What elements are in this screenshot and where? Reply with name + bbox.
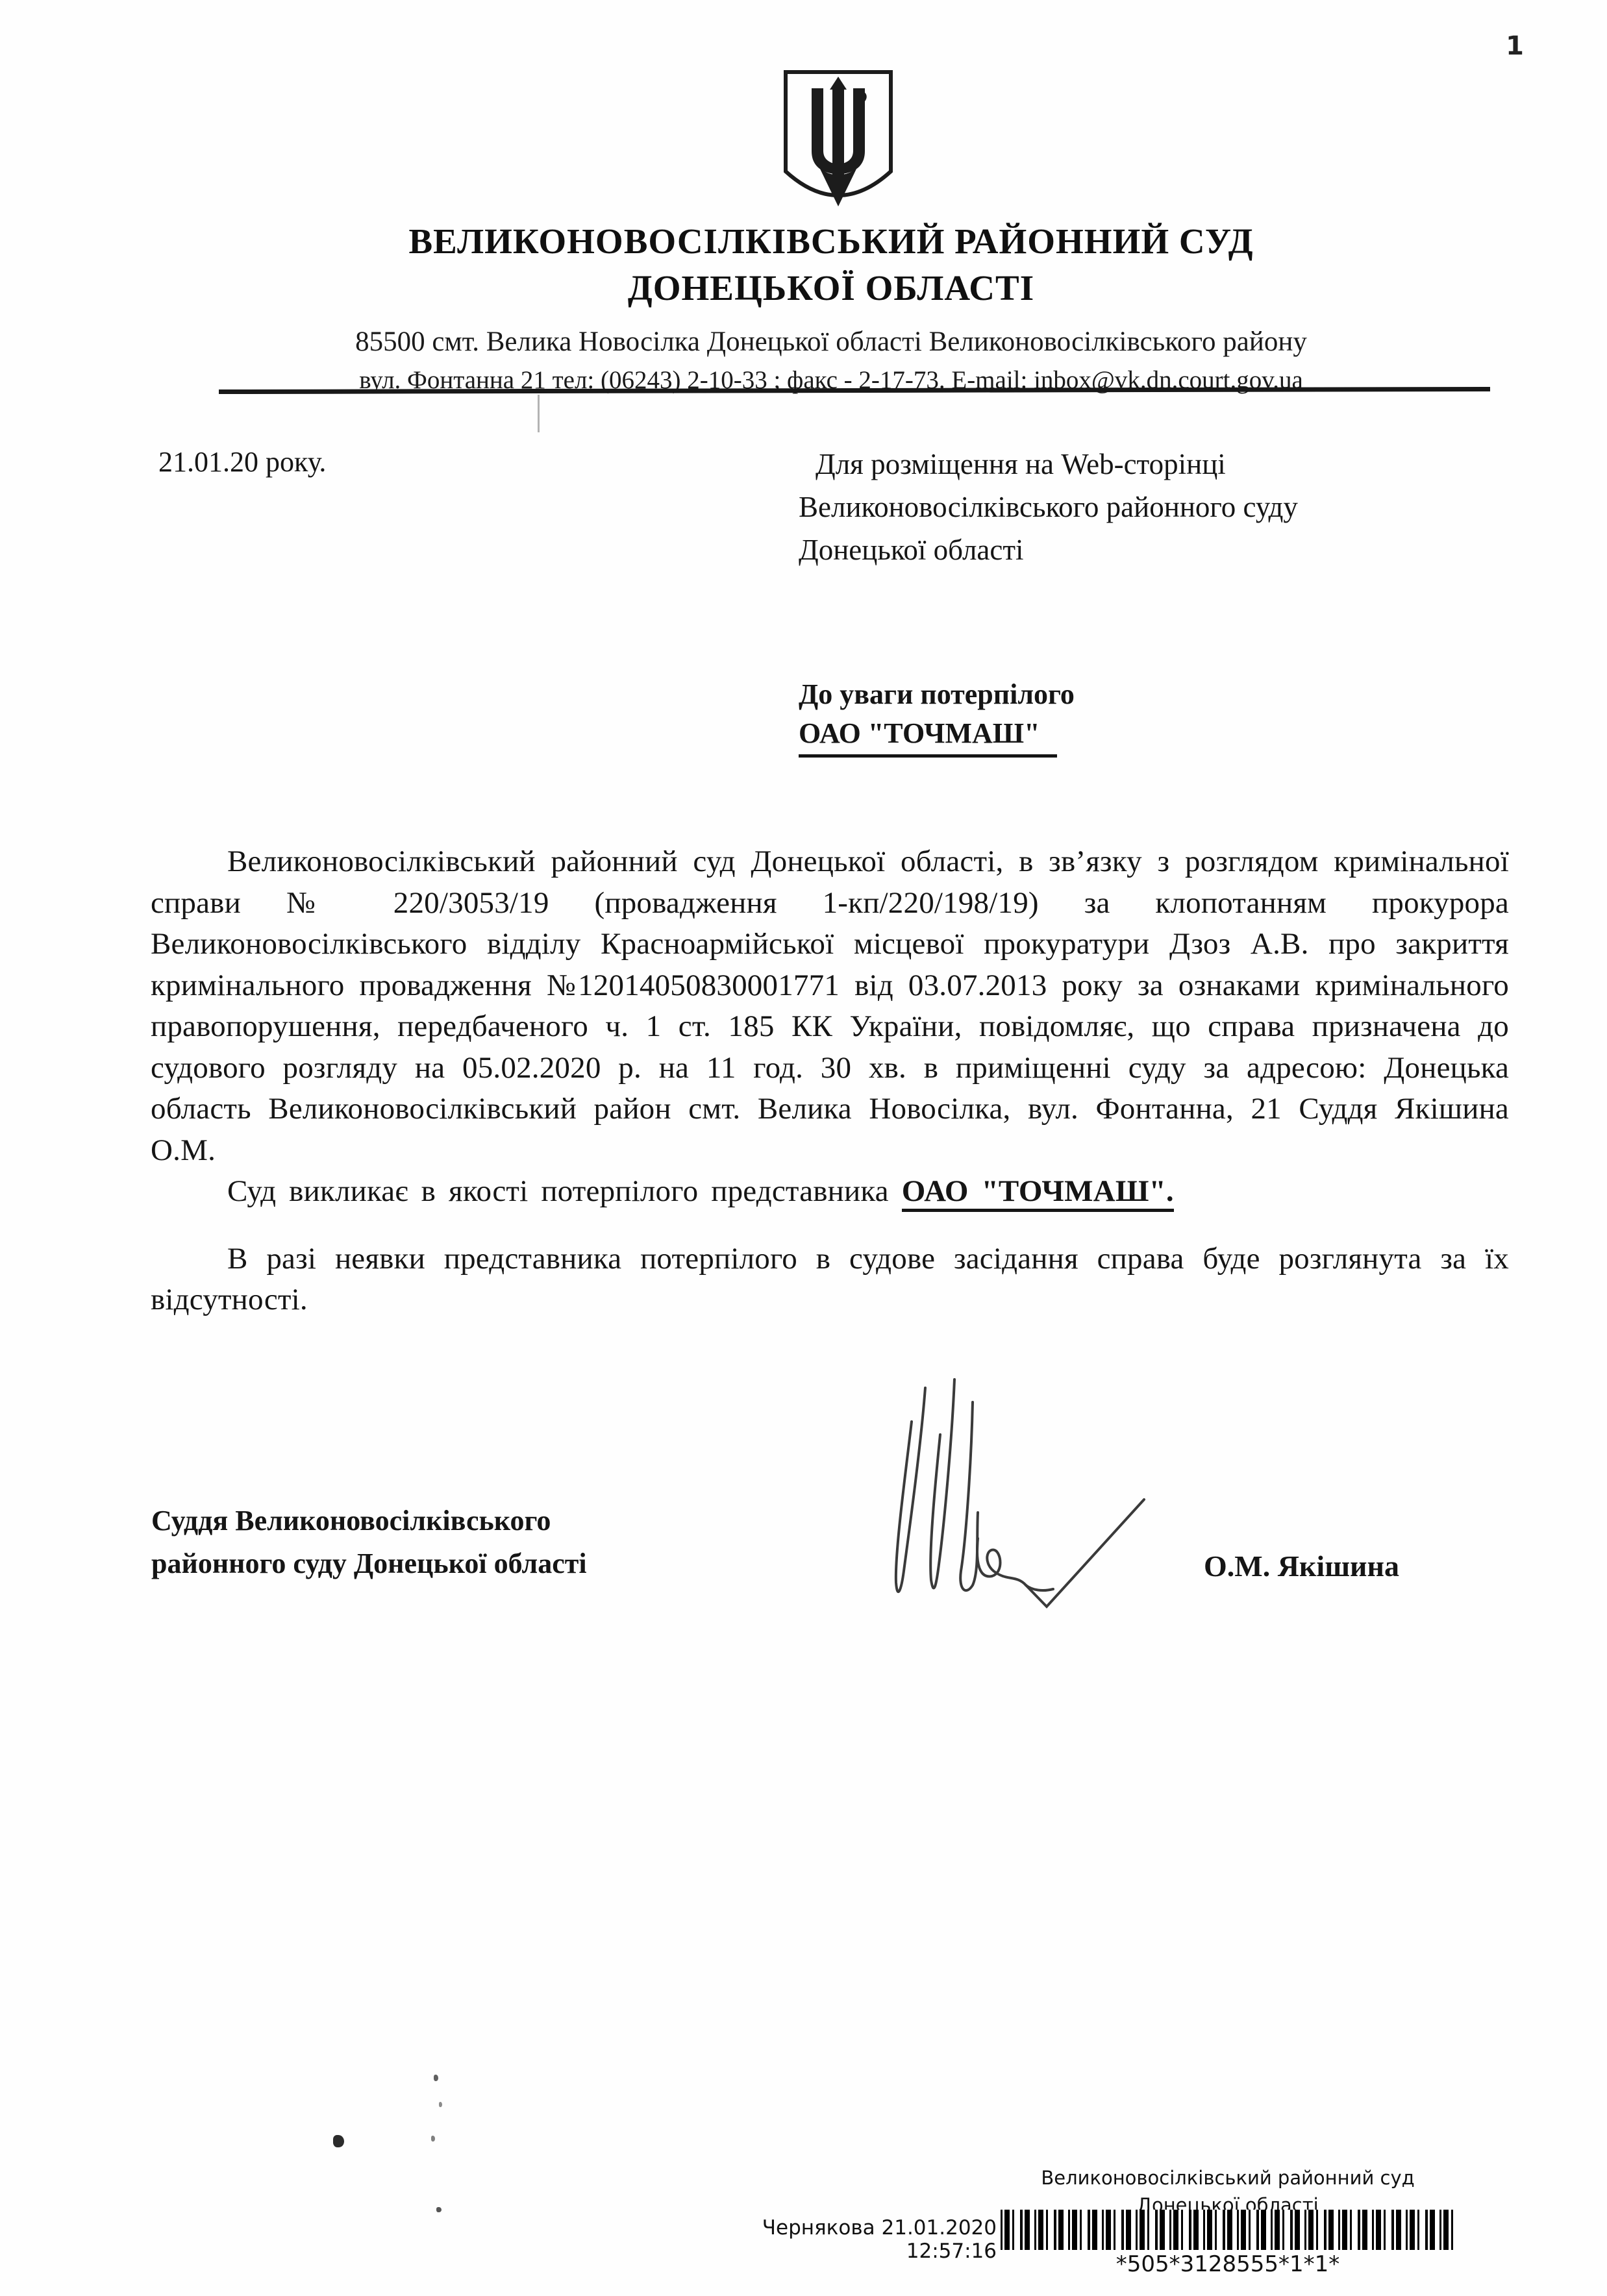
attention-company: ОАО "ТОЧМАШ" (799, 714, 1057, 758)
court-title-line2: ДОНЕЦЬКОЇ ОБЛАСТІ (91, 265, 1571, 312)
body-paragraph-summon: Суд викликає в якості потерпілого предст… (151, 1171, 1509, 1213)
scan-artifact (431, 2136, 435, 2142)
web-note-line: Великоновосілківського районного суду (799, 486, 1409, 528)
page-number: 1 (1506, 31, 1524, 61)
web-note-line: Донецької області (799, 528, 1409, 571)
scan-artifact (333, 2135, 344, 2147)
closing-line1: Суддя Великоновосілківського (151, 1500, 587, 1542)
letterhead: ВЕЛИКОНОВОСІЛКІВСЬКИЙ РАЙОННИЙ СУД ДОНЕЦ… (91, 218, 1571, 395)
attention-block: До уваги потерпілого ОАО "ТОЧМАШ" (799, 675, 1075, 758)
body-paragraph-absence: В разі неявки представника потерпілого в… (151, 1239, 1509, 1321)
scan-artifact (538, 395, 540, 432)
barcode (1001, 2210, 1455, 2250)
web-note-line: Для розміщення на Web-сторінці (816, 443, 1409, 486)
scanned-court-letter: 1 ВЕЛИКОНОВОСІЛКІВСЬКИЙ РАЙОННИЙ СУД ДОН… (0, 0, 1607, 2296)
court-title-line1: ВЕЛИКОНОВОСІЛКІВСЬКИЙ РАЙОННИЙ СУД (91, 218, 1571, 265)
body-paragraph-main: Великоновосілківський районний суд Донец… (151, 841, 1509, 1171)
judge-name: О.М. Якішина (1204, 1549, 1399, 1583)
barcode-label: *505*3128555*1*1* (1001, 2251, 1455, 2277)
footer-court-line1: Великоновосілківський районний суд (968, 2164, 1488, 2191)
summon-company: ОАО "ТОЧМАШ". (902, 1174, 1174, 1212)
letter-body: Великоновосілківський районний суд Донец… (151, 841, 1509, 1321)
scan-artifact (434, 2075, 438, 2081)
summon-text: Суд викликає в якості потерпілого предст… (227, 1174, 902, 1208)
closing-block: Суддя Великоновосілківського районного с… (151, 1500, 587, 1585)
web-placement-note: Для розміщення на Web-сторінці Великонов… (799, 443, 1409, 571)
scan-artifact (436, 2207, 442, 2212)
closing-line2: районного суду Донецької області (151, 1542, 587, 1585)
court-address: 85500 смт. Велика Новосілка Донецької об… (91, 326, 1571, 358)
ukraine-trident-icon (781, 68, 895, 226)
registration-stamp: Чернякова 21.01.2020 12:57:16 (701, 2216, 997, 2263)
document-date: 21.01.20 року. (158, 445, 326, 478)
attention-heading: До уваги потерпілого (799, 675, 1075, 714)
judge-signature-icon (864, 1376, 1169, 1642)
scan-artifact (439, 2102, 442, 2107)
